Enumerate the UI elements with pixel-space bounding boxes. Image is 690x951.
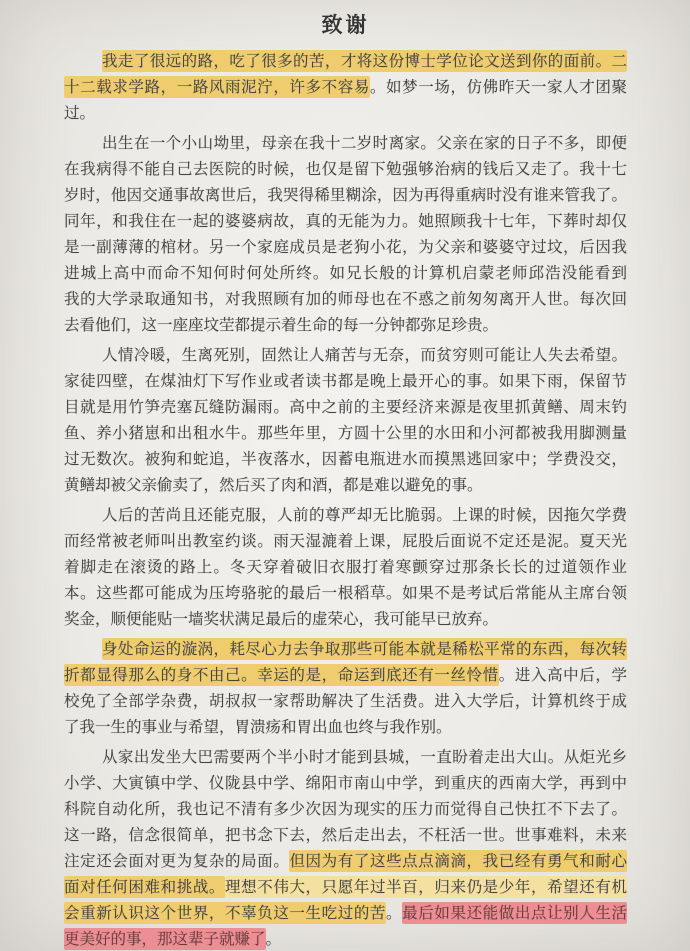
highlighted-text: 更美好的事，那这辈子就赚了 <box>64 928 266 950</box>
text-segment: 注定还会面对更为复杂的局面。 <box>64 850 289 872</box>
highlighted-text: 会重新认识这个世界，不辜负这一生吃过的苦 <box>64 902 386 924</box>
text-line: 折都显得那么的身不由己。幸运的是，命运到底还有一丝怜惜。进入高中后，学 <box>64 662 627 688</box>
text-segment: 。 <box>386 902 402 924</box>
text-line: 十二载求学路，一路风雨泥泞，许多不容易。如梦一场，仿佛昨天一家人才团聚 <box>64 74 627 100</box>
text-segment: 家徒四壁，在煤油灯下写作业或者读书都是晚上最开心的事。如果下雨，保留节 <box>64 370 627 392</box>
text-line: 过。 <box>64 100 627 126</box>
text-segment: 校免了全部学杂费，胡叔叔一家帮助解决了生活费。进入大学后，计算机终于成 <box>64 690 627 712</box>
paragraph: 从家出发坐大巴需要两个半小时才能到县城，一直盼着走出大山。从炬光乡小学、大寅镇中… <box>64 744 627 951</box>
text-segment: 人后的苦尚且还能克服，人前的尊严却无比脆弱。上课的时候，因拖欠学费 <box>102 504 627 526</box>
text-segment: 是一副薄薄的棺材。另一个家庭成员是老狗小花，为父亲和婆婆守过坟，后因我 <box>64 236 627 258</box>
text-segment: 我的大学录取通知书，对我照顾有加的师母也在不惑之前匆匆离开人世。每次回 <box>64 288 627 310</box>
text-line: 同年，和我住在一起的婆婆病故，真的无能为力。她照顾我十七年，下葬时却仅 <box>64 208 627 234</box>
document-page: 致谢 我走了很远的路，吃了很多的苦，才将这份博士学位论文送到你的面前。二十二载求… <box>0 0 690 951</box>
text-line: 家徒四壁，在煤油灯下写作业或者读书都是晚上最开心的事。如果下雨，保留节 <box>64 368 627 394</box>
text-segment: 目就是用竹笋壳塞瓦缝防漏雨。高中之前的主要经济来源是夜里抓黄鳝、周末钓 <box>64 396 627 418</box>
highlighted-text: 面对任何困难和挑战。 <box>64 876 225 898</box>
paragraph: 人后的苦尚且还能克服，人前的尊严却无比脆弱。上课的时候，因拖欠学费而经常被老师叫… <box>64 502 627 632</box>
text-line: 更美好的事，那这辈子就赚了。 <box>64 926 627 951</box>
text-segment: 。如梦一场，仿佛昨天一家人才团聚 <box>370 76 627 98</box>
text-segment: 同年，和我住在一起的婆婆病故，真的无能为力。她照顾我十七年，下葬时却仅 <box>64 210 627 232</box>
text-line: 岁时，他因交通事故离世后，我哭得稀里糊涂，因为再得重病时没有谁来管我了。 <box>64 182 627 208</box>
text-line: 在我病得不能自己去医院的时候，也仅是留下勉强够治病的钱后又走了。我十七 <box>64 156 627 182</box>
text-line: 去看他们，这一座座坟茔都提示着生命的每一分钟都弥足珍贵。 <box>64 312 627 338</box>
text-line: 小学、大寅镇中学、仪陇县中学、绵阳市南山中学，到重庆的西南大学，再到中 <box>64 770 627 796</box>
text-segment: 小学、大寅镇中学、仪陇县中学、绵阳市南山中学，到重庆的西南大学，再到中 <box>64 772 627 794</box>
text-line: 这一路，信念很简单，把书念下去，然后走出去，不枉活一世。世事难料，未来 <box>64 822 627 848</box>
text-line: 面对任何困难和挑战。理想不伟大，只愿年过半百，归来仍是少年，希望还有机 <box>64 874 627 900</box>
text-segment: 。 <box>266 928 282 950</box>
text-segment: 去看他们，这一座座坟茔都提示着生命的每一分钟都弥足珍贵。 <box>64 314 498 336</box>
text-line: 我走了很远的路，吃了很多的苦，才将这份博士学位论文送到你的面前。二 <box>64 48 627 74</box>
highlighted-text: 理想不伟大，只愿年过半百，归来仍是少年，希望还有机 <box>225 876 627 898</box>
text-segment: 着脚走在滚烫的路上。冬天穿着破旧衣服打着寒颤穿过那条长长的过道领作业 <box>64 556 627 578</box>
text-line: 从家出发坐大巴需要两个半小时才能到县城，一直盼着走出大山。从炬光乡 <box>64 744 627 770</box>
text-segment: 过无数次。被狗和蛇追，半夜落水，因蓄电瓶进水而摸黑逃回家中；学费没交， <box>64 448 627 470</box>
text-line: 黄鳝却被父亲偷卖了，然后买了肉和酒，都是难以避免的事。 <box>64 472 627 498</box>
paragraph: 出生在一个小山坳里，母亲在我十二岁时离家。父亲在家的日子不多，即便在我病得不能自… <box>64 130 627 338</box>
text-line: 是一副薄薄的棺材。另一个家庭成员是老狗小花，为父亲和婆婆守过坟，后因我 <box>64 234 627 260</box>
text-line: 奖金，顺便能贴一墙奖状满足最后的虚荣心，我可能早已放弃。 <box>64 606 627 632</box>
text-line: 注定还会面对更为复杂的局面。但因为有了这些点点滴滴，我已经有勇气和耐心 <box>64 848 627 874</box>
text-line: 校免了全部学杂费，胡叔叔一家帮助解决了生活费。进入大学后，计算机终于成 <box>64 688 627 714</box>
page-title: 致谢 <box>64 12 627 38</box>
text-segment: 在我病得不能自己去医院的时候，也仅是留下勉强够治病的钱后又走了。我十七 <box>64 158 627 180</box>
text-segment: 出生在一个小山坳里，母亲在我十二岁时离家。父亲在家的日子不多，即便 <box>102 132 627 154</box>
text-segment: 进城上高中而命不知何时何处所终。如兄长般的计算机启蒙老师邱浩没能看到 <box>64 262 627 284</box>
text-line: 了我一生的事业与希望，胃溃疡和胃出血也终与我作别。 <box>64 714 627 740</box>
text-line: 过无数次。被狗和蛇追，半夜落水，因蓄电瓶进水而摸黑逃回家中；学费没交， <box>64 446 627 472</box>
text-segment: 科院自动化所，我也记不清有多少次因为现实的压力而觉得自己快扛不下去了。 <box>64 798 627 820</box>
text-segment: 从家出发坐大巴需要两个半小时才能到县城，一直盼着走出大山。从炬光乡 <box>102 746 627 768</box>
text-segment: 。进入高中后，学 <box>499 664 627 686</box>
text-line: 目就是用竹笋壳塞瓦缝防漏雨。高中之前的主要经济来源是夜里抓黄鳝、周末钓 <box>64 394 627 420</box>
highlighted-text: 但因为有了这些点点滴滴，我已经有勇气和耐心 <box>289 850 627 872</box>
text-line: 进城上高中而命不知何时何处所终。如兄长般的计算机启蒙老师邱浩没能看到 <box>64 260 627 286</box>
text-line: 鱼、养小猪崽和出租水牛。那些年里，方圆十公里的水田和小河都被我用脚测量 <box>64 420 627 446</box>
text-line: 人情冷暖，生离死别，固然让人痛苦与无奈，而贫穷则可能让人失去希望。 <box>64 342 627 368</box>
text-line: 科院自动化所，我也记不清有多少次因为现实的压力而觉得自己快扛不下去了。 <box>64 796 627 822</box>
paragraph: 身处命运的漩涡，耗尽心力去争取那些可能本就是稀松平常的东西，每次转折都显得那么的… <box>64 636 627 740</box>
text-line: 身处命运的漩涡，耗尽心力去争取那些可能本就是稀松平常的东西，每次转 <box>64 636 627 662</box>
text-segment: 过。 <box>64 102 95 124</box>
text-segment: 而经常被老师叫出教室约谈。雨天湿漉着上课，屁股后面说不定还是泥。夏天光 <box>64 530 627 552</box>
text-segment: 奖金，顺便能贴一墙奖状满足最后的虚荣心，我可能早已放弃。 <box>64 608 498 630</box>
text-segment: 鱼、养小猪崽和出租水牛。那些年里，方圆十公里的水田和小河都被我用脚测量 <box>64 422 627 444</box>
text-segment: 岁时，他因交通事故离世后，我哭得稀里糊涂，因为再得重病时没有谁来管我了。 <box>64 184 627 206</box>
text-segment: 本。这些都可能成为压垮骆驼的最后一根稻草。如果不是考试后常能从主席台领 <box>64 582 627 604</box>
paragraph: 人情冷暖，生离死别，固然让人痛苦与无奈，而贫穷则可能让人失去希望。家徒四壁，在煤… <box>64 342 627 498</box>
highlighted-text: 最后如果还能做出点让别人生活 <box>402 902 627 924</box>
text-segment: 黄鳝却被父亲偷卖了，然后买了肉和酒，都是难以避免的事。 <box>64 474 483 496</box>
text-line: 我的大学录取通知书，对我照顾有加的师母也在不惑之前匆匆离开人世。每次回 <box>64 286 627 312</box>
text-segment: 这一路，信念很简单，把书念下去，然后走出去，不枉活一世。世事难料，未来 <box>64 824 627 846</box>
text-line: 而经常被老师叫出教室约谈。雨天湿漉着上课，屁股后面说不定还是泥。夏天光 <box>64 528 627 554</box>
highlighted-text: 十二载求学路，一路风雨泥泞，许多不容易 <box>64 76 370 98</box>
paragraph: 我走了很远的路，吃了很多的苦，才将这份博士学位论文送到你的面前。二十二载求学路，… <box>64 48 627 126</box>
text-line: 本。这些都可能成为压垮骆驼的最后一根稻草。如果不是考试后常能从主席台领 <box>64 580 627 606</box>
highlighted-text: 我走了很远的路，吃了很多的苦，才将这份博士学位论文送到你的面前。二 <box>102 50 627 72</box>
text-line: 人后的苦尚且还能克服，人前的尊严却无比脆弱。上课的时候，因拖欠学费 <box>64 502 627 528</box>
document-body: 我走了很远的路，吃了很多的苦，才将这份博士学位论文送到你的面前。二十二载求学路，… <box>64 48 627 951</box>
text-segment: 了我一生的事业与希望，胃溃疡和胃出血也终与我作别。 <box>64 716 452 738</box>
highlighted-text: 折都显得那么的身不由己。幸运的是，命运到底还有一丝怜惜 <box>64 664 499 686</box>
text-line: 着脚走在滚烫的路上。冬天穿着破旧衣服打着寒颤穿过那条长长的过道领作业 <box>64 554 627 580</box>
text-line: 会重新认识这个世界，不辜负这一生吃过的苦。最后如果还能做出点让别人生活 <box>64 900 627 926</box>
highlighted-text: 身处命运的漩涡，耗尽心力去争取那些可能本就是稀松平常的东西，每次转 <box>102 638 627 660</box>
text-segment: 人情冷暖，生离死别，固然让人痛苦与无奈，而贫穷则可能让人失去希望。 <box>102 344 627 366</box>
text-line: 出生在一个小山坳里，母亲在我十二岁时离家。父亲在家的日子不多，即便 <box>64 130 627 156</box>
